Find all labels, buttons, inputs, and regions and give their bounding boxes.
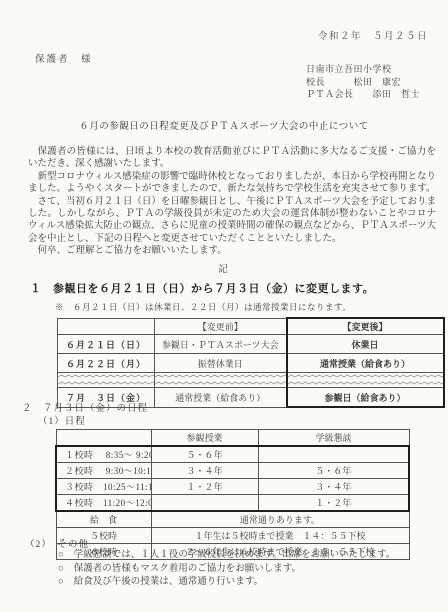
sender-block: 日南市立吾田小学校 校長 松田 康宏 ＰＴＡ会長 添田 哲士	[306, 63, 420, 101]
header-empty-cell	[58, 318, 155, 335]
list-item: ○ 給食及び午後の授業は、通常通り行います。	[58, 576, 395, 590]
scanned-letter-page: 令和２年 ５月２５日 保護者 様 日南市立吾田小学校 校長 松田 康宏 ＰＴＡ会…	[0, 0, 448, 612]
table-row: ６月２２日（月） 振替休業日 通常授業（給食あり）	[58, 354, 444, 373]
circle-bullet-icon: ○	[58, 549, 64, 563]
header-before-cell: 【変更前】	[155, 318, 287, 335]
date-cell: ６月２１日（日）	[58, 335, 155, 354]
circle-bullet-icon: ○	[58, 576, 64, 590]
dismissal-info-cell: １年生は５校時まで授業 １４：５５下校	[151, 528, 409, 544]
body-paragraphs: 保護者の皆様には、日頃より本校の教育活動並びにＰＴＡ活動に多大なるご支援・ご協力…	[28, 146, 436, 258]
fifth-period-row: ５校時 １年生は５校時まで授業 １４：５５下校	[56, 528, 409, 544]
paragraph-greeting: 保護者の皆様には、日頃より本校の教育活動並びにＰＴＡ活動に多大なるご支援・ご協力…	[28, 146, 436, 171]
recipient-line: 保護者 様	[35, 51, 93, 65]
paragraph-closing: 何卒、ご理解とご協力をお願いいたします。	[28, 245, 436, 257]
period-row: １校時 8:35～ 9:20 ５・６年	[56, 446, 409, 463]
period-time-cell: ４校時 11:20～12:05	[56, 495, 151, 512]
sender-school: 日南市立吾田小学校	[306, 63, 420, 76]
period-row: ２校時 9:30～10:15 ３・４年 ５・６年	[56, 463, 409, 479]
wavy-cell	[155, 373, 287, 388]
wavy-cell	[58, 373, 155, 388]
note-text: 給食及び午後の授業は、通常通り行います。	[74, 576, 263, 590]
period-row: ４校時 11:20～12:05 １・２年	[56, 495, 409, 512]
period-time-cell: ２校時 9:30～10:15	[56, 463, 151, 479]
day-schedule-table: 参観授業 学級懇談 １校時 8:35～ 9:20 ５・６年 ２校時 9:30～1…	[55, 429, 410, 560]
table-row: ６月２１日（日） 参観日・ＰＴＡスポーツ大会 休業日	[58, 335, 444, 354]
lunch-label-cell: 給 食	[56, 511, 151, 528]
lesson-cell: ３・４年	[151, 463, 258, 479]
wavy-cell	[287, 373, 444, 388]
note-text: 保護者の皆様もマスク着用のご協力をお願いします。	[74, 563, 301, 577]
schedule-change-table: 【変更前】 【変更後】 ６月２１日（日） 参観日・ＰＴＡスポーツ大会 休業日 ６…	[57, 317, 445, 408]
list-item: ○ 保護者の皆様もマスク着用のご協力をお願いします。	[58, 563, 395, 577]
header-lesson-cell: 参観授業	[151, 430, 258, 447]
section2-sub1: （1）日程	[38, 413, 86, 427]
circle-bullet-icon: ○	[58, 563, 64, 577]
section2-sub2: （2） その他	[25, 536, 89, 550]
paragraph-change-reason: さて、当初６月２１日（日）を日曜参観日とし、午後にＰＴＡスポーツ大会を予定してお…	[28, 196, 436, 246]
before-cell: 参観日・ＰＴＡスポーツ大会	[155, 335, 287, 354]
letter-date: 令和２年 ５月２５日	[318, 28, 428, 42]
ki-marker: 記	[0, 261, 448, 275]
section2-heading: ２ ７月３日（金）の日程	[22, 400, 148, 414]
document-title: ６月の参観日の日程変更及びＰＴＡスポーツ大会の中止について	[0, 118, 448, 132]
after-cell: 休業日	[287, 335, 444, 354]
note-text: 学級懇談では、１人１役の学級役員を決めます。出席をお願いいたします。	[74, 549, 395, 563]
meeting-cell: ５・６年	[258, 463, 409, 479]
header-empty-cell	[56, 430, 151, 447]
section1-note: ※ ６月２１日（日）は休業日、２２日（月）は通常授業日になります。	[55, 301, 351, 313]
sender-principal: 校長 松田 康宏	[306, 76, 420, 89]
table-header-row: 【変更前】 【変更後】	[58, 318, 444, 335]
sender-pta-chair: ＰＴＡ会長 添田 哲士	[306, 88, 420, 101]
list-item: ○ 学級懇談では、１人１役の学級役員を決めます。出席をお願いいたします。	[58, 549, 395, 563]
before-cell: 通常授業（給食あり）	[155, 388, 287, 408]
table-header-row: 参観授業 学級懇談	[56, 430, 409, 447]
lunch-row: 給 食 通常通りあります。	[56, 511, 409, 528]
after-cell: 通常授業（給食あり）	[287, 354, 444, 373]
omitted-dates-row	[58, 373, 444, 388]
lunch-info-cell: 通常通りあります。	[151, 511, 409, 528]
section1-heading: １ 参観日を６月２１日（日）から７月３日（金）に変更します。	[30, 280, 374, 296]
lesson-cell: ５・６年	[151, 446, 258, 463]
lesson-cell	[151, 495, 258, 512]
meeting-cell	[258, 446, 409, 463]
meeting-cell: ３・４年	[258, 479, 409, 495]
before-cell: 振替休業日	[155, 354, 287, 373]
header-after-cell: 【変更後】	[287, 318, 444, 335]
header-meeting-cell: 学級懇談	[258, 430, 409, 447]
other-notes-list: ○ 学級懇談では、１人１役の学級役員を決めます。出席をお願いいたします。 ○ 保…	[58, 549, 395, 590]
date-cell: ６月２２日（月）	[58, 354, 155, 373]
after-cell: 参観日（給食あり）	[287, 388, 444, 408]
paragraph-reopening: 新型コロナウィルス感染症の影響で臨時休校となっておりましたが、本日から学校再開と…	[28, 171, 436, 196]
period-time-cell: １校時 8:35～ 9:20	[56, 446, 151, 463]
period-time-cell: ３校時 10:25～11:10	[56, 479, 151, 495]
meeting-cell: １・２年	[258, 495, 409, 512]
lesson-cell: １・２年	[151, 479, 258, 495]
period-row: ３校時 10:25～11:10 １・２年 ３・４年	[56, 479, 409, 495]
